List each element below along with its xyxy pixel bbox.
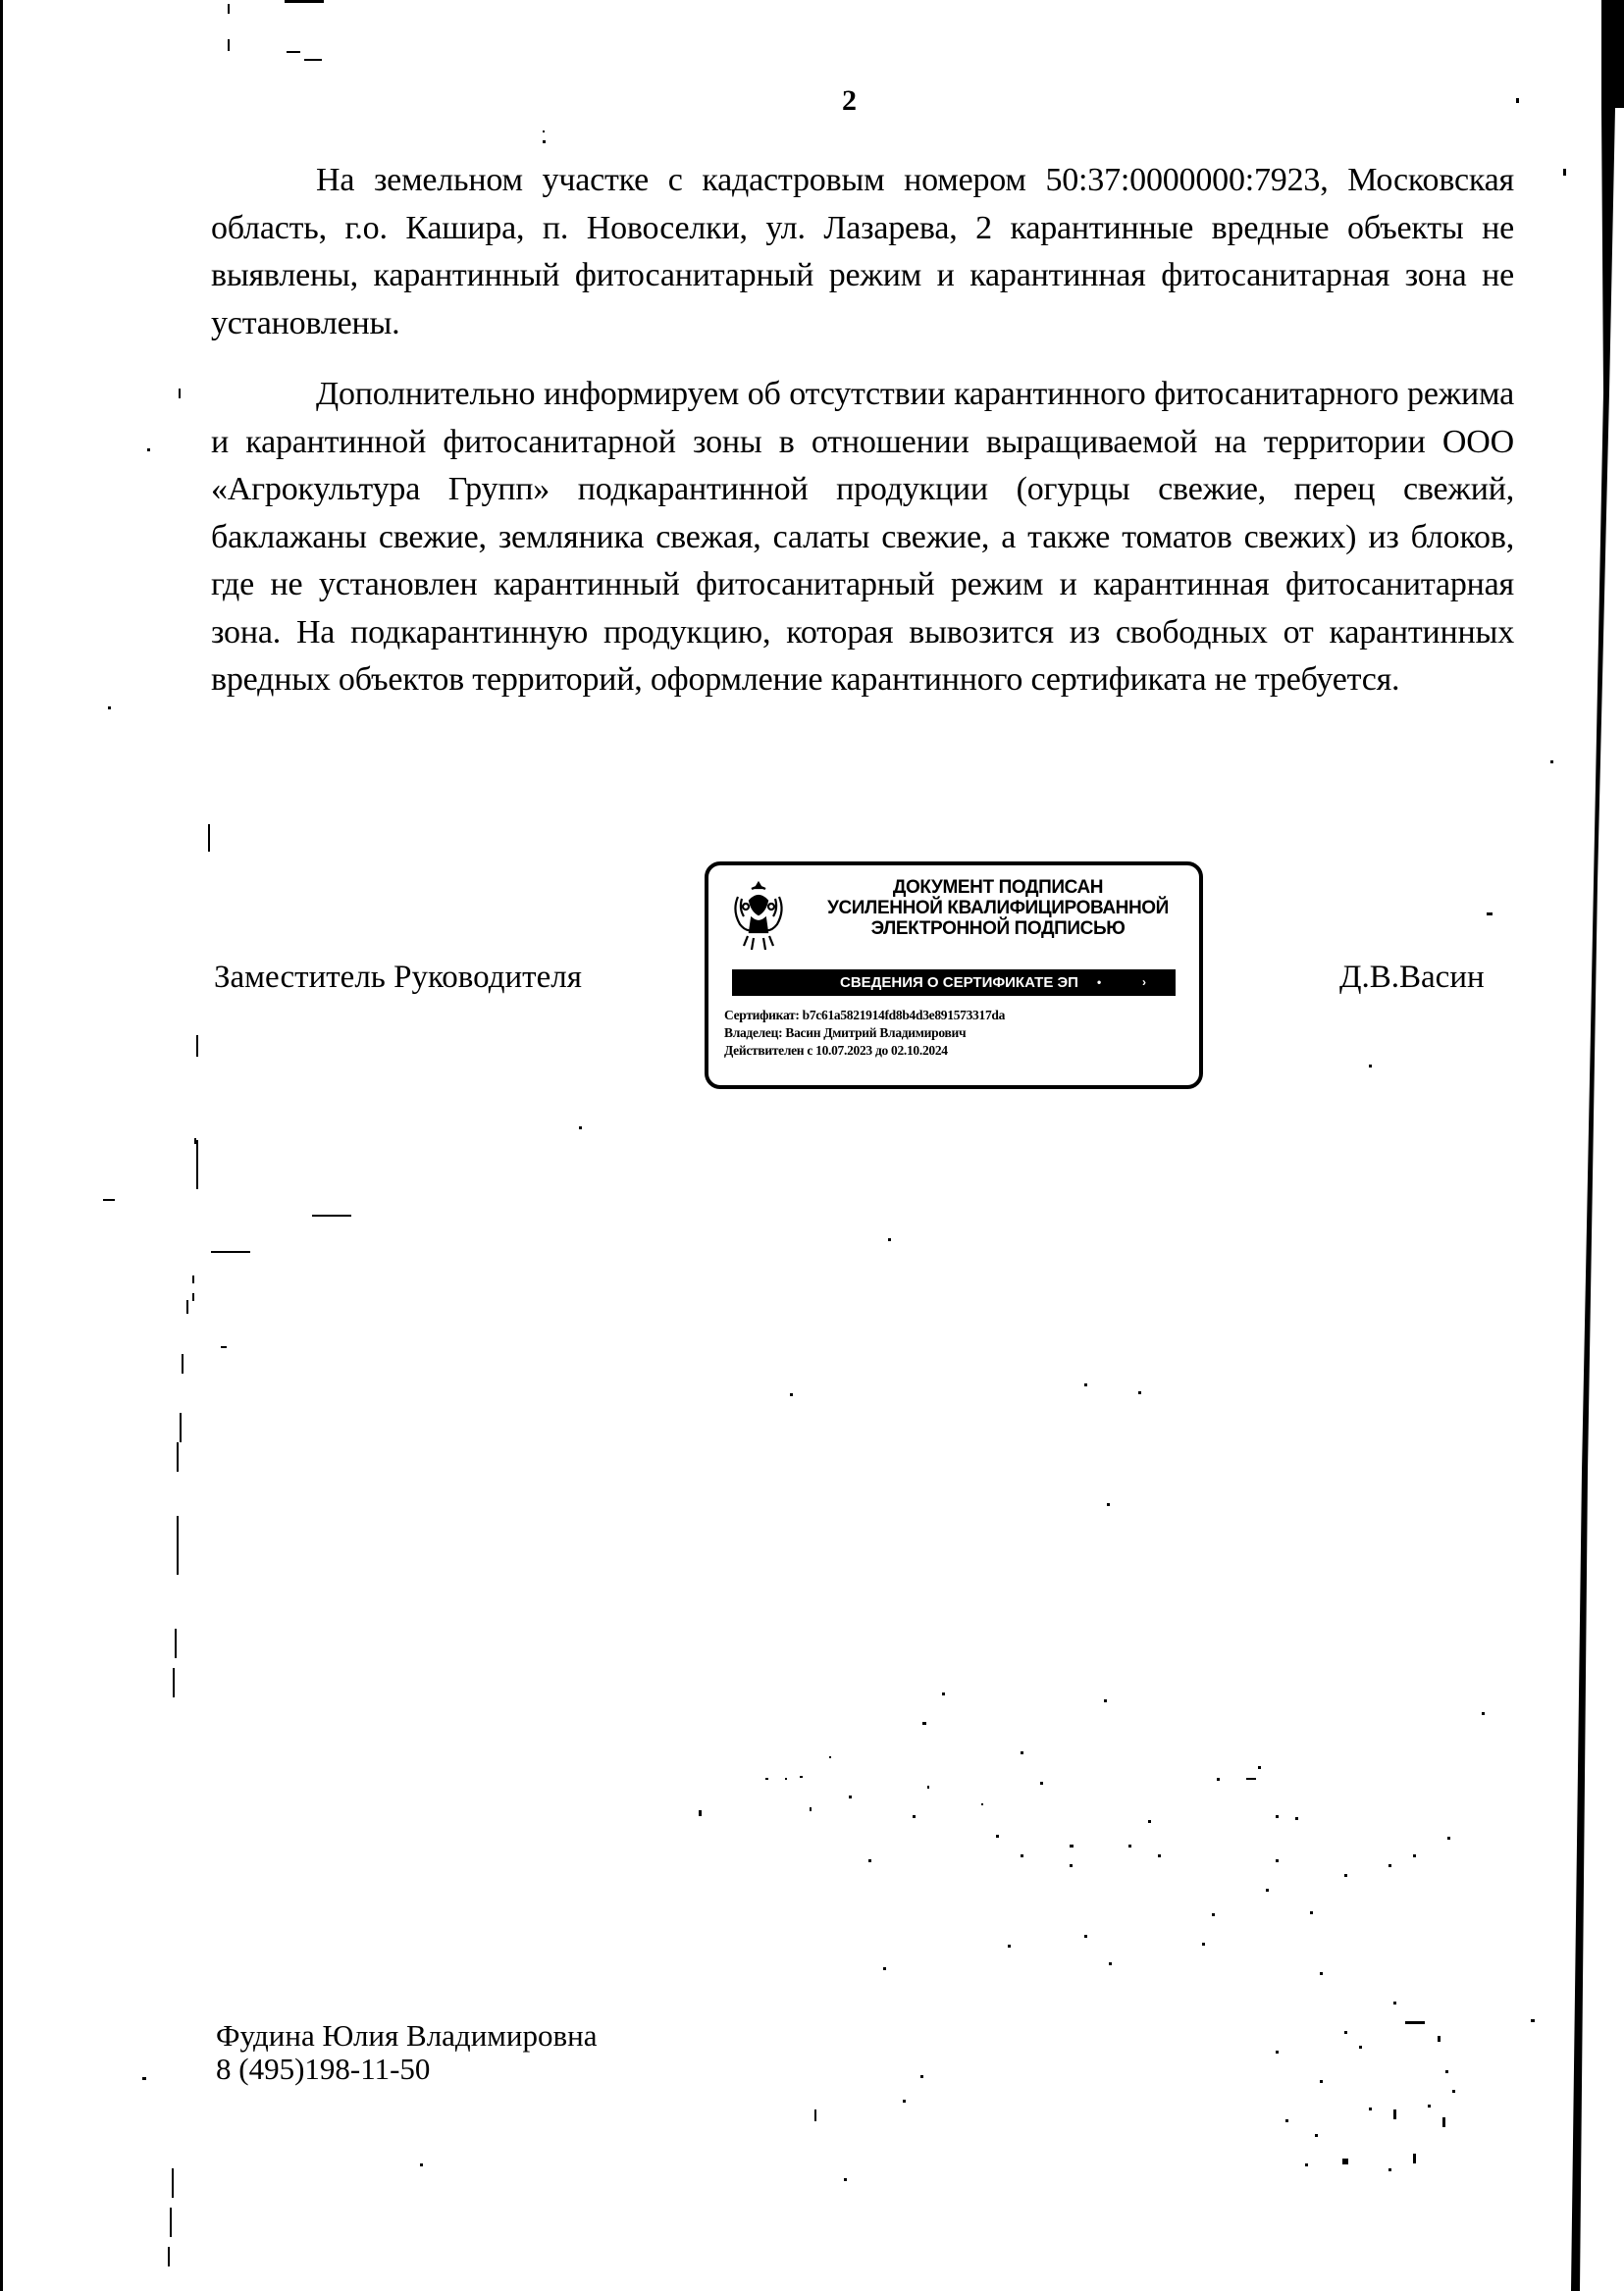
- scan-noise: [208, 824, 210, 852]
- scan-noise: [192, 1293, 194, 1301]
- scan-noise: [1388, 2168, 1391, 2171]
- scan-noise: [1266, 1889, 1269, 1892]
- paragraph-text: Дополнительно информируем об отсутствии …: [211, 376, 1514, 698]
- scan-noise: [814, 2109, 816, 2121]
- signer-name: Д.В.Васин: [1339, 960, 1485, 996]
- scan-noise: [1393, 2109, 1396, 2119]
- scan-noise: [922, 1722, 926, 1725]
- scan-noise: [1405, 2021, 1425, 2024]
- certificate-info-bar: СВЕДЕНИЯ О СЕРТИФИКАТЕ ЭП • ›: [732, 969, 1176, 996]
- scan-noise: [1344, 2031, 1347, 2034]
- scan-noise: [1342, 2159, 1348, 2164]
- scan-noise: [1369, 1065, 1372, 1067]
- scan-noise: [1413, 1854, 1416, 1857]
- scan-noise: [1040, 1782, 1043, 1785]
- scan-noise: [1413, 2154, 1416, 2163]
- executor-phone: 8 (495)198-11-50: [216, 2053, 597, 2086]
- scan-noise: [228, 39, 230, 51]
- scan-noise: [175, 1629, 177, 1658]
- scan-noise: [868, 1859, 871, 1862]
- scan-noise: [1084, 1383, 1087, 1386]
- scan-noise: [844, 2178, 847, 2181]
- scan-noise: [1295, 1817, 1298, 1820]
- scan-noise: [1276, 1815, 1279, 1818]
- scan-noise: [180, 1413, 182, 1442]
- paragraph-text: На земельном участке с кадастровым номер…: [211, 162, 1514, 341]
- page-number: 2: [842, 84, 857, 118]
- scan-noise: [211, 1251, 250, 1253]
- scan-noise: [173, 1668, 175, 1697]
- scan-noise: [196, 1035, 198, 1057]
- scan-noise: [883, 1967, 886, 1970]
- scan-noise: [765, 1778, 768, 1780]
- scan-noise: [829, 1756, 831, 1758]
- chevron-right-icon: ›: [1142, 969, 1146, 996]
- scan-noise: [1531, 2019, 1535, 2022]
- scan-noise: [1258, 1766, 1261, 1769]
- scan-noise: [1320, 2080, 1323, 2083]
- scan-noise: [1202, 1943, 1205, 1946]
- scan-noise: [699, 1810, 702, 1816]
- scan-noise: [849, 1796, 852, 1798]
- signer-position: Заместитель Руководителя: [214, 960, 582, 996]
- scan-noise: [1021, 1854, 1023, 1857]
- scan-noise: [196, 1140, 198, 1189]
- scan-noise: [1008, 1945, 1011, 1948]
- scan-noise: [981, 1803, 983, 1805]
- scan-noise: [1320, 1972, 1323, 1975]
- scan-noise: [1369, 2108, 1372, 2110]
- scan-noise: [1276, 1859, 1279, 1862]
- scan-noise: [285, 0, 324, 3]
- dot-icon: •: [1097, 969, 1101, 996]
- scan-noise: [1447, 1837, 1450, 1840]
- scan-noise: [108, 706, 111, 709]
- scan-noise: [1482, 1712, 1485, 1715]
- scan-noise: [304, 59, 322, 61]
- scan-noise: [1487, 912, 1493, 915]
- russian-eagle-emblem-icon: [730, 879, 787, 956]
- scan-noise: [1104, 1699, 1107, 1702]
- scan-noise: [1344, 1874, 1347, 1877]
- scan-noise: [790, 1393, 793, 1396]
- scan-noise: [888, 1238, 891, 1241]
- scan-noise: [1445, 2070, 1448, 2073]
- scan-noise: [543, 130, 545, 132]
- scan-noise: [1582, 1678, 1585, 1681]
- scan-noise: [1021, 1751, 1023, 1754]
- scan-noise: [543, 140, 546, 143]
- scan-noise: [1158, 1854, 1161, 1857]
- scan-noise: [192, 1276, 194, 1283]
- scan-noise: [1359, 2046, 1362, 2049]
- scan-noise: [1109, 1962, 1112, 1965]
- scan-noise: [1107, 1503, 1110, 1506]
- scan-noise: [1388, 1864, 1391, 1867]
- scan-noise: [996, 1835, 999, 1838]
- scan-noise: [1128, 1845, 1131, 1848]
- scan-noise: [579, 1126, 582, 1129]
- scan-noise: [942, 1692, 945, 1695]
- scan-noise: [1428, 2105, 1431, 2108]
- scan-noise: [1246, 1778, 1256, 1780]
- scan-noise: [1393, 2002, 1396, 2005]
- scan-noise: [1148, 1820, 1151, 1823]
- scan-noise: [147, 448, 150, 451]
- scan-noise: [103, 1199, 115, 1201]
- certificate-details: Сертификат: b7c61a5821914fd8b4d3e8915733…: [724, 1007, 1005, 1060]
- scan-noise: [228, 4, 230, 14]
- certificate-validity: Действителен с 10.07.2023 до 02.10.2024: [724, 1042, 1005, 1060]
- stamp-title-line: УСИЛЕННОЙ КВАЛИФИЦИРОВАННОЙ: [802, 898, 1194, 918]
- executor-name: Фудина Юлия Владимировна: [216, 2019, 597, 2053]
- stamp-title: ДОКУМЕНТ ПОДПИСАН УСИЛЕННОЙ КВАЛИФИЦИРОВ…: [802, 877, 1194, 939]
- scan-noise: [1138, 1391, 1141, 1394]
- paragraph-land-plot: На земельном участке с кадастровым номер…: [211, 157, 1514, 347]
- scan-noise: [810, 1807, 812, 1811]
- scan-noise: [903, 2100, 906, 2103]
- scan-noise: [1310, 1911, 1313, 1914]
- certificate-owner: Владелец: Васин Дмитрий Владимирович: [724, 1024, 1005, 1042]
- scan-noise: [1563, 169, 1566, 176]
- scan-noise: [1315, 2134, 1318, 2137]
- electronic-signature-stamp: ДОКУМЕНТ ПОДПИСАН УСИЛЕННОЙ КВАЛИФИЦИРОВ…: [705, 861, 1203, 1089]
- scan-noise: [172, 2168, 174, 2198]
- scan-noise: [1084, 1935, 1087, 1938]
- scan-noise: [1305, 2163, 1308, 2166]
- executor-contact: Фудина Юлия Владимировна 8 (495)198-11-5…: [216, 2019, 597, 2086]
- scan-noise: [168, 2247, 170, 2266]
- scan-noise: [913, 1815, 916, 1818]
- stamp-title-line: ДОКУМЕНТ ПОДПИСАН: [802, 877, 1194, 898]
- scan-noise: [287, 51, 300, 53]
- scan-noise: [800, 1776, 803, 1778]
- scan-noise: [177, 1442, 179, 1472]
- scan-noise: [420, 2163, 423, 2166]
- document-page: 2 На земельном участке с кадастровым ном…: [0, 0, 1624, 2291]
- paragraph-additional-info: Дополнительно информируем об отсутствии …: [211, 371, 1514, 704]
- scan-noise: [1276, 2051, 1279, 2054]
- scan-noise: [1442, 2117, 1445, 2127]
- scan-noise: [1070, 1845, 1074, 1848]
- scan-noise: [1516, 98, 1519, 103]
- scan-noise: [182, 1354, 183, 1374]
- scan-noise: [179, 389, 181, 398]
- scan-noise: [1452, 2090, 1455, 2093]
- scan-noise: [1212, 1913, 1215, 1916]
- scan-noise: [1550, 760, 1553, 763]
- certificate-serial: Сертификат: b7c61a5821914fd8b4d3e8915733…: [724, 1007, 1005, 1024]
- scan-noise: [1217, 1778, 1220, 1781]
- scan-noise: [927, 1786, 929, 1789]
- certificate-bar-label: СВЕДЕНИЯ О СЕРТИФИКАТЕ ЭП: [840, 969, 1078, 996]
- scan-noise: [142, 2077, 146, 2080]
- scan-noise: [1438, 2036, 1441, 2042]
- scan-noise: [920, 2075, 923, 2078]
- scan-noise: [177, 1516, 179, 1575]
- scan-noise: [1285, 2119, 1288, 2122]
- scan-noise: [186, 1300, 188, 1314]
- scan-noise: [170, 2208, 172, 2237]
- scan-noise: [1070, 1864, 1073, 1867]
- scan-noise: [221, 1346, 227, 1348]
- stamp-title-line: ЭЛЕКТРОННОЙ ПОДПИСЬЮ: [802, 918, 1194, 939]
- scan-noise: [312, 1215, 351, 1217]
- scan-noise: [785, 1778, 787, 1780]
